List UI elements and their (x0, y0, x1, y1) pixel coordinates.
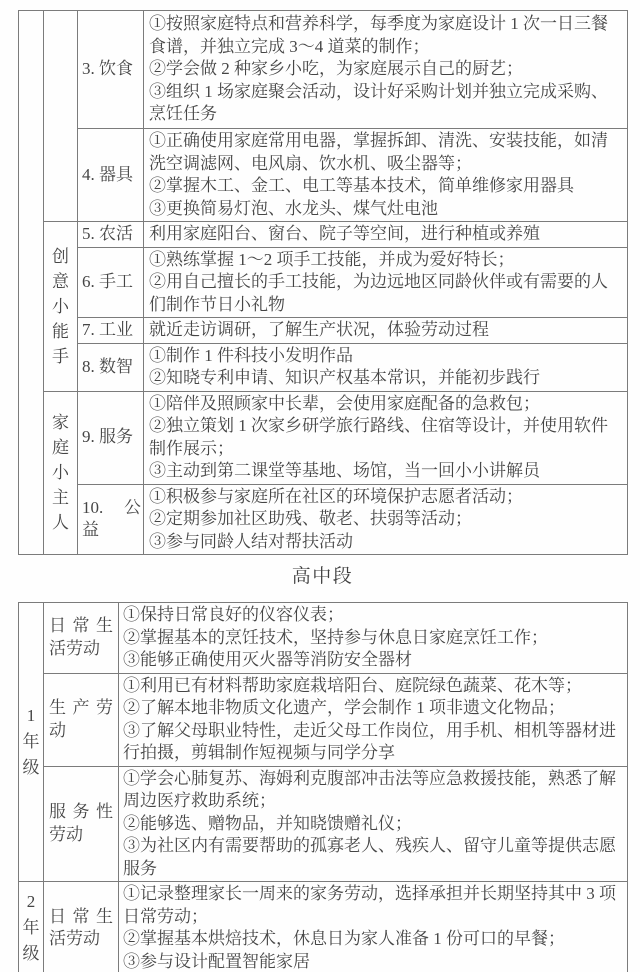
table-row: 创意小能手 5. 农活 利用家庭阳台、窗台、院子等空间，进行种植或养殖 (19, 222, 628, 248)
content-item: ②用自己擅长的手工技能，为边远地区同龄伙伴或有需要的人们制作节日小礼物 (149, 271, 619, 316)
content-item: ③主动到第二课堂等基地、场馆，当一回小小讲解员 (149, 460, 619, 483)
content-cell: 利用家庭阳台、窗台、院子等空间，进行种植或养殖 (144, 222, 628, 248)
table-row: 7. 工业 就近走访调研，了解生产状况，体验劳动过程 (19, 318, 628, 344)
grade-cell: 1年级 (19, 603, 44, 882)
category-cell: 创意小能手 (44, 222, 78, 392)
labor-type-cell: 日常生活劳动 (44, 603, 119, 674)
labor-type-cell: 生产劳动 (44, 673, 119, 766)
content-cell: 就近走访调研，了解生产状况，体验劳动过程 (144, 318, 628, 344)
content-cell: ①正确使用家庭常用电器，掌握拆卸、清洗、安装技能，如清洗空调滤网、电风扇、饮水机… (144, 129, 628, 222)
item-label-cell: 9. 服务 (78, 391, 144, 484)
primary-section-table: 3. 饮食 ①按照家庭特点和营养科学，每季度为家庭设计 1 次一日三餐食谱，并独… (18, 10, 628, 555)
content-cell: ①按照家庭特点和营养科学，每季度为家庭设计 1 次一日三餐食谱，并独立完成 3～… (144, 11, 628, 129)
document-page: 3. 饮食 ①按照家庭特点和营养科学，每季度为家庭设计 1 次一日三餐食谱，并独… (0, 0, 640, 972)
table-row: 2年级 日常生活劳动 ①记录整理家长一周来的家务劳动，选择承担并长期坚持其中 3… (19, 882, 628, 972)
category-cell: 家庭小主人 (44, 391, 78, 555)
content-item: ②知晓专利申请、知识产权基本常识，并能初步践行 (149, 367, 619, 390)
content-cell: ①积极参与家庭所在社区的环境保护志愿者活动； ②定期参加社区助残、敬老、扶弱等活… (144, 484, 628, 555)
content-cell: ①熟练掌握 1～2 项手工技能，并成为爱好特长； ②用自己擅长的手工技能，为边远… (144, 247, 628, 318)
content-item: ①熟练掌握 1～2 项手工技能，并成为爱好特长； (149, 249, 619, 272)
table-row: 服务性劳动 ①学会心肺复苏、海姆利克腹部冲击法等应急救援技能，熟悉了解周边医疗救… (19, 766, 628, 882)
table-row: 10. 公益 ①积极参与家庭所在社区的环境保护志愿者活动； ②定期参加社区助残、… (19, 484, 628, 555)
content-cell: ①制作 1 件科技小发明作品 ②知晓专利申请、知识产权基本常识，并能初步践行 (144, 343, 628, 391)
content-cell: ①记录整理家长一周来的家务劳动，选择承担并长期坚持其中 3 项日常劳动； ②掌握… (119, 882, 628, 972)
item-label-cell: 3. 饮食 (78, 11, 144, 129)
content-item: ①利用已有材料帮助家庭栽培阳台、庭院绿色蔬菜、花木等； (123, 675, 619, 698)
table-row: 生产劳动 ①利用已有材料帮助家庭栽培阳台、庭院绿色蔬菜、花木等； ②了解本地非物… (19, 673, 628, 766)
content-item: 利用家庭阳台、窗台、院子等空间，进行种植或养殖 (149, 223, 619, 246)
content-item: ③为社区内有需要帮助的孤寡老人、残疾人、留守儿童等提供志愿服务 (123, 835, 619, 880)
item-label-cell: 6. 手工 (78, 247, 144, 318)
content-item: ②掌握基本的烹饪技术，坚持参与休息日家庭烹饪工作； (123, 627, 619, 650)
content-item: ③组织 1 场家庭聚会活动，设计好采购计划并独立完成采购、烹饪任务 (149, 81, 619, 126)
content-item: ①积极参与家庭所在社区的环境保护志愿者活动； (149, 486, 619, 509)
content-cell: ①学会心肺复苏、海姆利克腹部冲击法等应急救援技能，熟悉了解周边医疗救助系统； ②… (119, 766, 628, 882)
item-label-cell: 5. 农活 (78, 222, 144, 248)
item-label-cell: 8. 数智 (78, 343, 144, 391)
content-item: ①学会心肺复苏、海姆利克腹部冲击法等应急救援技能，熟悉了解周边医疗救助系统； (123, 768, 619, 813)
labor-type-cell: 日常生活劳动 (44, 882, 119, 972)
content-item: ②掌握基本烘焙技术，休息日为家人准备 1 份可口的早餐； (123, 928, 619, 951)
content-cell: ①陪伴及照顾家中长辈，会使用家庭配备的急救包； ②独立策划 1 次家乡研学旅行路… (144, 391, 628, 484)
content-item: ②学会做 2 种家乡小吃，为家庭展示自己的厨艺； (149, 58, 619, 81)
content-item: ③参与同龄人结对帮扶活动 (149, 531, 619, 554)
content-item: ②独立策划 1 次家乡研学旅行路线、住宿等设计，并使用软件制作展示； (149, 415, 619, 460)
content-item: ③了解父母职业特性，走近父母工作岗位，用手机、相机等器材进行拍摄，剪辑制作短视频… (123, 720, 619, 765)
content-item: ①保持日常良好的仪容仪表； (123, 604, 619, 627)
content-cell: ①保持日常良好的仪容仪表； ②掌握基本的烹饪技术，坚持参与休息日家庭烹饪工作； … (119, 603, 628, 674)
category-cell (44, 11, 78, 222)
labor-type-cell: 服务性劳动 (44, 766, 119, 882)
outer-spacer-cell (19, 11, 44, 555)
table-row: 8. 数智 ①制作 1 件科技小发明作品 ②知晓专利申请、知识产权基本常识，并能… (19, 343, 628, 391)
content-item: ②能够选、赠物品，并知晓馈赠礼仪； (123, 813, 619, 836)
table-row: 1年级 日常生活劳动 ①保持日常良好的仪容仪表； ②掌握基本的烹饪技术，坚持参与… (19, 603, 628, 674)
content-item: 就近走访调研，了解生产状况，体验劳动过程 (149, 319, 619, 342)
table-row: 4. 器具 ①正确使用家庭常用电器，掌握拆卸、清洗、安装技能，如清洗空调滤网、电… (19, 129, 628, 222)
content-item: ③更换简易灯泡、水龙头、煤气灶电池 (149, 198, 619, 221)
content-item: ②了解本地非物质文化遗产，学会制作 1 项非遗文化物品； (123, 697, 619, 720)
item-label-cell: 7. 工业 (78, 318, 144, 344)
content-cell: ①利用已有材料帮助家庭栽培阳台、庭院绿色蔬菜、花木等； ②了解本地非物质文化遗产… (119, 673, 628, 766)
highschool-section-table: 1年级 日常生活劳动 ①保持日常良好的仪容仪表； ②掌握基本的烹饪技术，坚持参与… (18, 602, 628, 972)
content-item: ②掌握木工、金工、电工等基本技术，简单维修家用器具 (149, 175, 619, 198)
content-item: ③参与设计配置智能家居 (123, 951, 619, 972)
content-item: ①按照家庭特点和营养科学，每季度为家庭设计 1 次一日三餐食谱，并独立完成 3～… (149, 13, 619, 58)
grade-cell: 2年级 (19, 882, 44, 972)
table-row: 3. 饮食 ①按照家庭特点和营养科学，每季度为家庭设计 1 次一日三餐食谱，并独… (19, 11, 628, 129)
content-item: ①制作 1 件科技小发明作品 (149, 345, 619, 368)
content-item: ①记录整理家长一周来的家务劳动，选择承担并长期坚持其中 3 项日常劳动； (123, 883, 619, 928)
table-row: 6. 手工 ①熟练掌握 1～2 项手工技能，并成为爱好特长； ②用自己擅长的手工… (19, 247, 628, 318)
content-item: ③能够正确使用灭火器等消防安全器材 (123, 649, 619, 672)
item-label-cell: 10. 公益 (78, 484, 144, 555)
section-heading: 高中段 (18, 561, 627, 588)
item-label-cell: 4. 器具 (78, 129, 144, 222)
content-item: ②定期参加社区助残、敬老、扶弱等活动； (149, 508, 619, 531)
content-item: ①正确使用家庭常用电器，掌握拆卸、清洗、安装技能，如清洗空调滤网、电风扇、饮水机… (149, 130, 619, 175)
content-item: ①陪伴及照顾家中长辈，会使用家庭配备的急救包； (149, 393, 619, 416)
table-row: 家庭小主人 9. 服务 ①陪伴及照顾家中长辈，会使用家庭配备的急救包； ②独立策… (19, 391, 628, 484)
